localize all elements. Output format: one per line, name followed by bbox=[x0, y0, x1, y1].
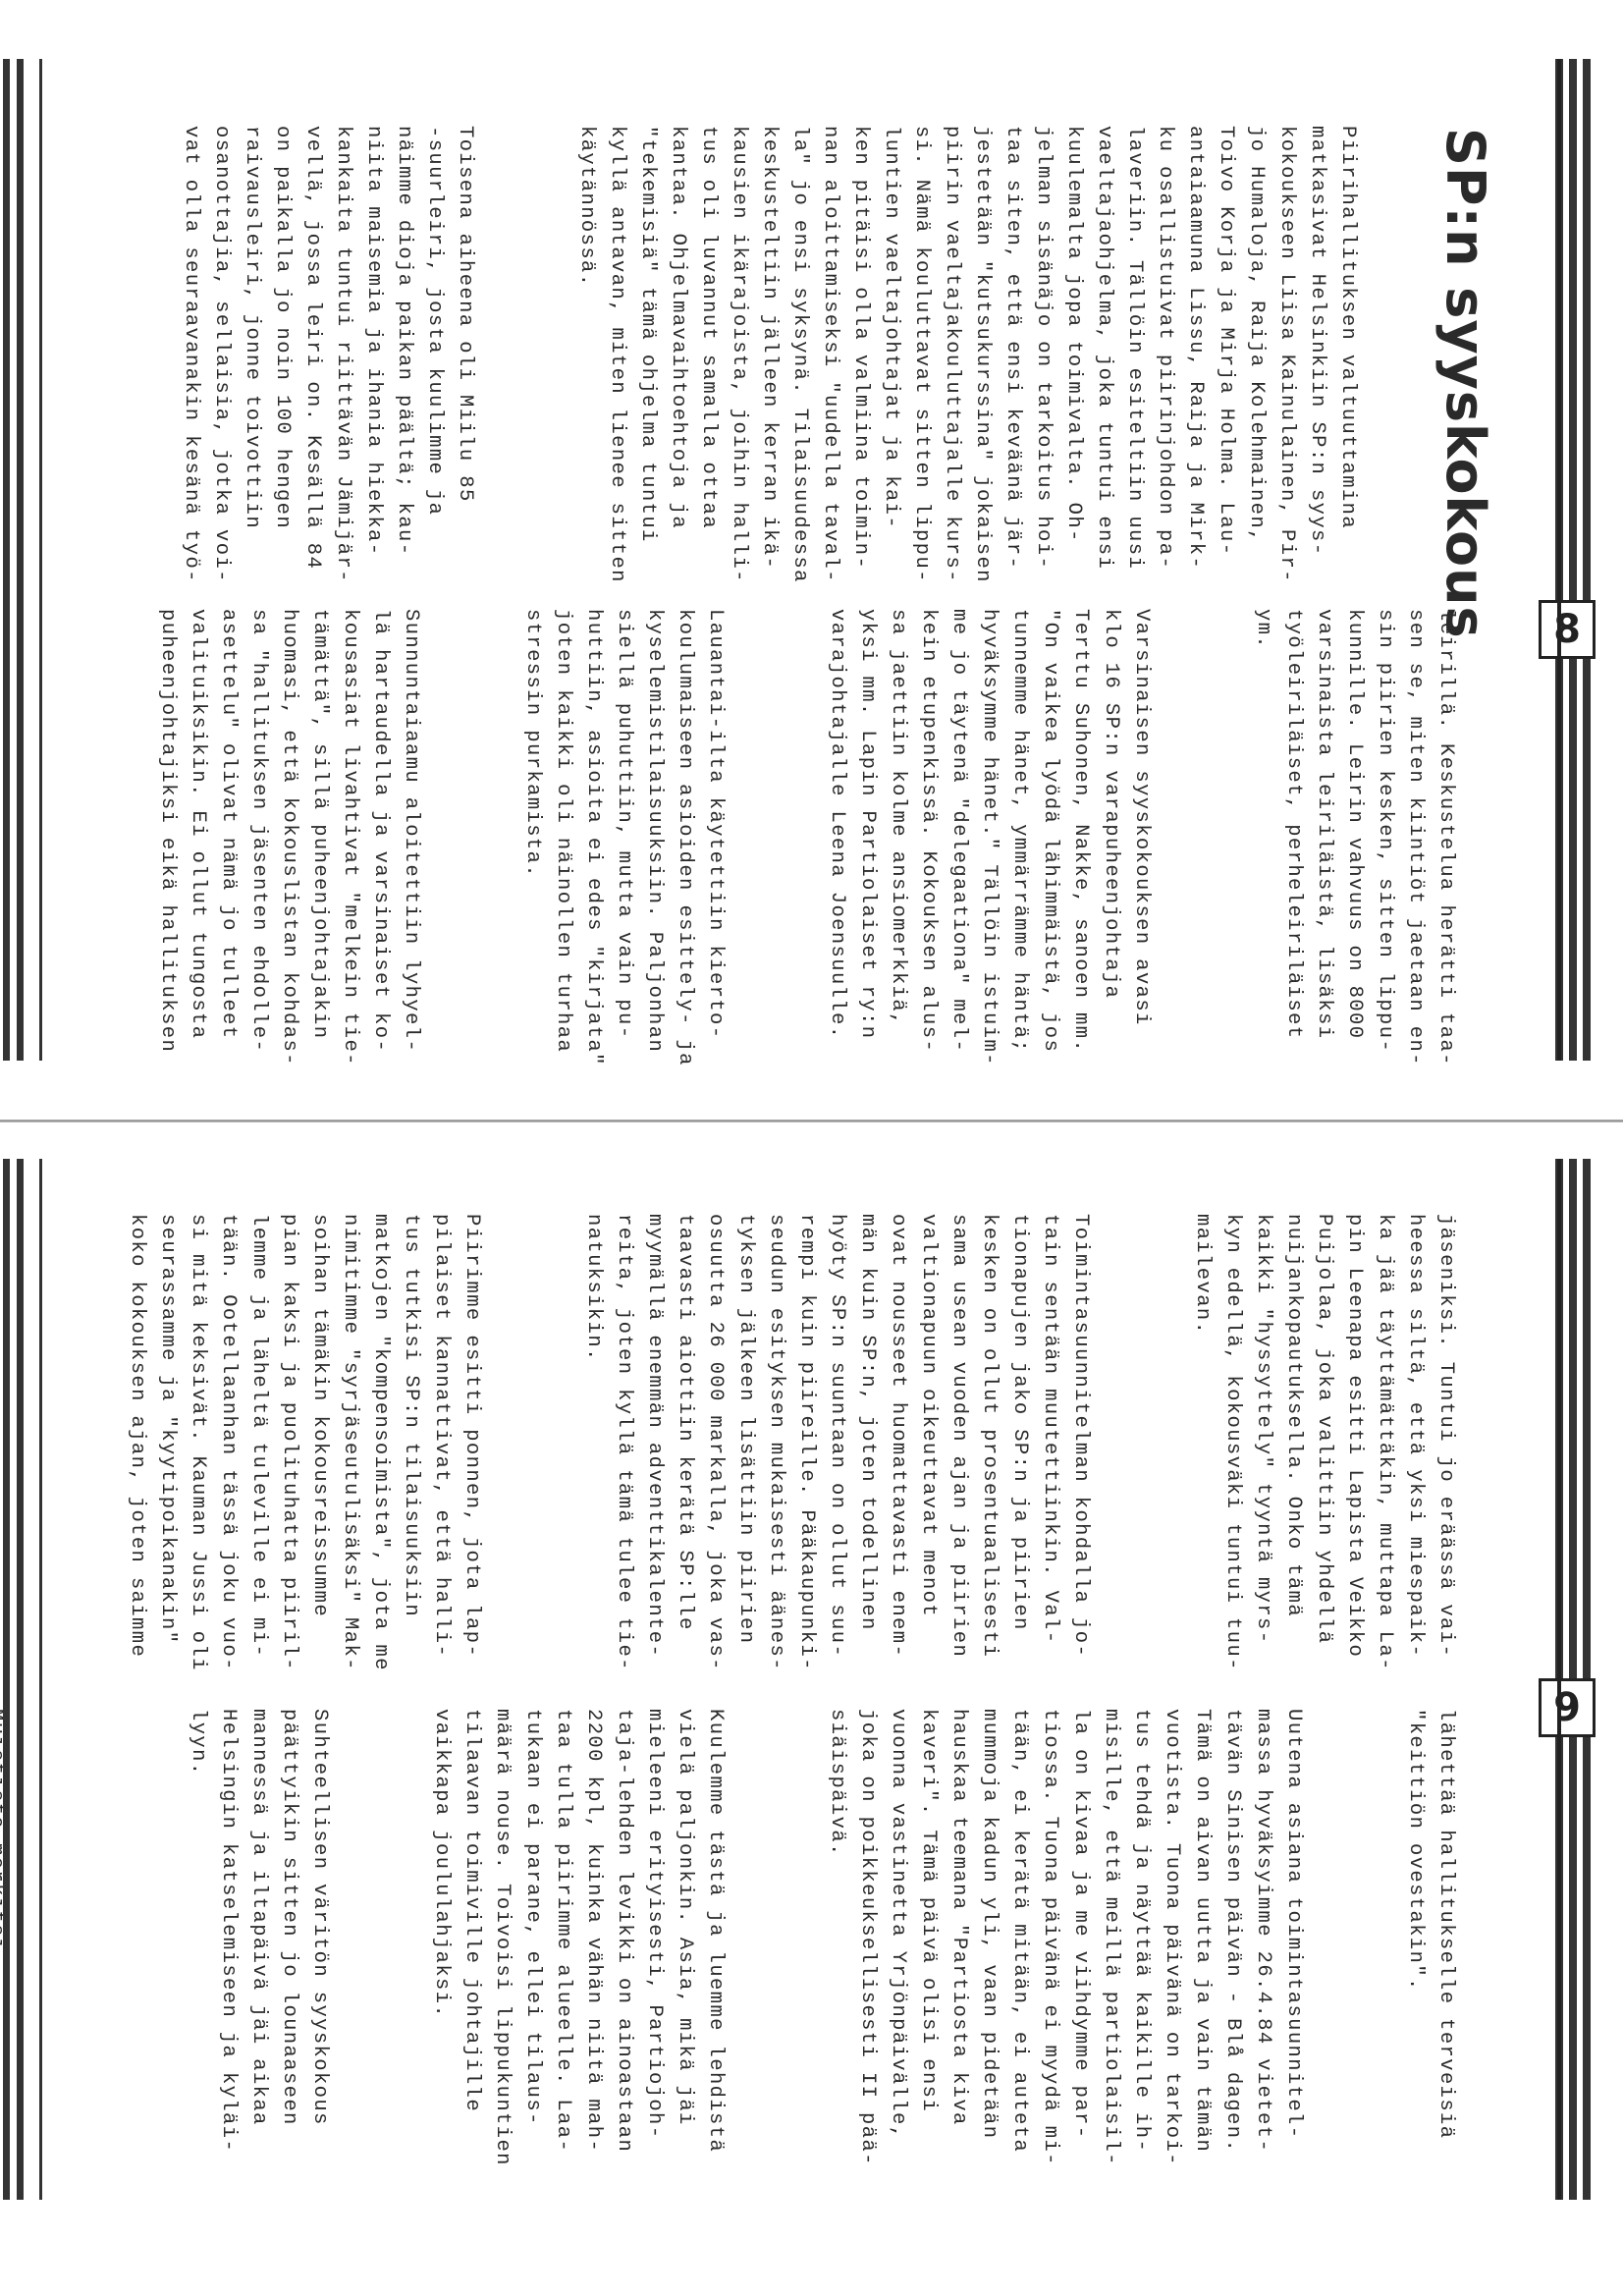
page-9: 9 jäseniksi. Tuntui jo eräässä vai- hees… bbox=[0, 1159, 1591, 2200]
page-9-sheet: 9 jäseniksi. Tuntui jo eräässä vai- hees… bbox=[0, 1129, 1623, 2296]
paragraph: jäseniksi. Tuntui jo eräässä vai- heessa… bbox=[1187, 1214, 1461, 1666]
page-8-column-2: leirillä. Keskustelua herätti taa- sen s… bbox=[61, 609, 1522, 1061]
paragraph: Varsinaisen syyskokouksen avasi klo 16 S… bbox=[822, 609, 1157, 1061]
page-8-footer-stripes bbox=[0, 59, 24, 1061]
paragraph: Uutena asiana toimintasuunnitel- massa h… bbox=[822, 1709, 1309, 2160]
paragraph: Suhteellisen väritön syyskokous päättyik… bbox=[183, 1709, 335, 2160]
paragraph: Piirimme esitti ponnen, jota lap- pilais… bbox=[122, 1214, 487, 1666]
page-9-footer-stripes bbox=[0, 1159, 24, 2200]
paragraph: Kuulemme tästä ja luemme lehdistä vielä … bbox=[426, 1709, 730, 2160]
paragraph: Toimintasuunnitelman kohdalla jo- tain s… bbox=[578, 1214, 1096, 1666]
page-8: 8 SP:n syyskokous Piirihallituksen valtu… bbox=[0, 59, 1591, 1061]
paragraph: Lauantai-ilta käytettiin kierto- kouluma… bbox=[517, 609, 730, 1061]
article-title: SP:n syyskokous bbox=[1434, 128, 1496, 639]
page-9-column-2: lähettää hallitukselle terveisiä "keitti… bbox=[0, 1709, 1522, 2160]
page-9-column-1: jäseniksi. Tuntui jo eräässä vai- heessa… bbox=[30, 1214, 1522, 1666]
page-fold-divider bbox=[0, 1120, 1623, 1122]
paragraph: Toisena aiheena oli Miilu 85 -suurleiri,… bbox=[176, 126, 480, 577]
page-8-column-1: Piirihallituksen valtuuttamina matkasiva… bbox=[84, 126, 1424, 577]
paragraph: Sunnuntaiaamu aloitettiin lyhyel- lä har… bbox=[152, 609, 426, 1061]
paragraph: lähettää hallitukselle terveisiä "keitti… bbox=[1400, 1709, 1461, 2160]
paragraph: leirillä. Keskustelua herätti taa- sen s… bbox=[1248, 609, 1461, 1061]
paragraph: Piirihallituksen valtuuttamina matkasiva… bbox=[571, 126, 1363, 577]
page-8-sheet: 8 SP:n syyskokous Piirihallituksen valtu… bbox=[0, 0, 1623, 1110]
